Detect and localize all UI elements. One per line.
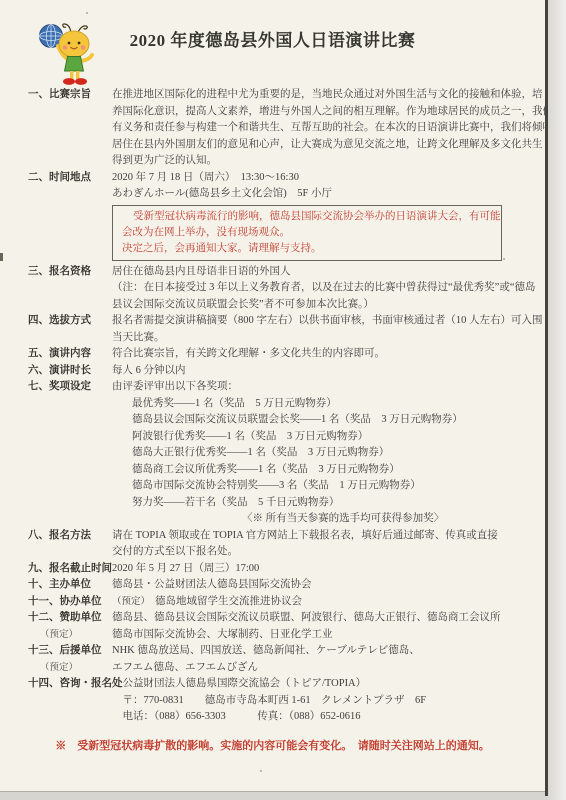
- award-item: 德岛商工会议所优秀奖——1 名（奖品 3 万日元购物券）: [132, 462, 540, 479]
- section-label: 九、报名截止时间: [28, 561, 112, 578]
- section-label: 二、时间地点: [28, 170, 112, 187]
- section-supporters: 十三、后援单位 （预定） NHK 德岛放送局、四国放送、德岛新闻社、ケーブルテレ…: [28, 643, 540, 676]
- contact-address: 〒：770-0831 德岛市寺岛本町西 1-61 クレメントプラザ 6F: [123, 693, 541, 710]
- text-line: 德岛市国际交流协会、大塚制药、日亚化学工业: [112, 627, 540, 644]
- award-item: 德岛市国际交流协会特别奖——3 名（奖品 1 万日元购物券）: [132, 478, 540, 495]
- section-contact: 十四、咨询・报名处 公益財団法人德島県国際交流協会（トピア/TOPIA） 〒：7…: [28, 676, 540, 726]
- section-eligibility: 三、报名资格 居住在德岛县内且母语非日语的外国人 （注：在日本接受过 3 年以上…: [28, 264, 540, 314]
- text-line: エフエム德岛、エフエムびざん: [112, 660, 540, 677]
- section-datetime: 二、时间地点 2020 年 7 月 18 日（周六） 13:30～16:30 あ…: [28, 170, 540, 264]
- text-line: 得到更为广泛的认知。: [112, 153, 540, 170]
- scan-right-gutter: [548, 0, 566, 800]
- award-item: 德岛大正银行优秀奖——1 名（奖品 3 万日元购物券）: [132, 445, 540, 462]
- scan-bottom-edge: [0, 791, 566, 800]
- section-cohost: 十一、协办单位 （预定）德岛地域留学生交流推进协议会: [28, 594, 540, 611]
- section-duration: 六、演讲时长 每人 6 分钟以内: [28, 363, 540, 380]
- section-label: 四、选拔方式: [28, 313, 112, 330]
- participation-prize-note: 〈※ 所有当天参赛的选手均可获得参加奖〉: [242, 511, 540, 528]
- text-line: 有义务和责任参与构建一个和谐共生、互帮互助的社会。在本次的日语演讲比赛中，我们将…: [112, 120, 540, 137]
- text-line: 居住在县内外国朋友们的意见和心声，让大赛成为意见交流之地，让跨文化理解及多文化共…: [112, 137, 540, 154]
- text-line: 德岛县、德岛县议会国际交流议员联盟、阿波银行、德岛大正银行、德岛商工会议所: [112, 610, 540, 627]
- section-label: 十一、协办单位: [28, 594, 112, 611]
- award-item: 德岛县议会国际交流议员联盟会长奖——1 名（奖品 3 万日元购物券）: [132, 412, 540, 429]
- section-speech-content: 五、演讲内容 符合比赛宗旨，有关跨文化理解・多文化共生的内容即可。: [28, 346, 540, 363]
- event-venue: あわぎんホール(德岛县乡土文化会馆) 5F 小厅: [112, 186, 540, 203]
- section-deadline: 九、报名截止时间 2020 年 5 月 27 日（周三）17:00: [28, 561, 540, 578]
- text-line: 养国际化意识，提高人文素养，增进与外国人之间的相互理解。作为地球居民的成员之一，…: [112, 104, 540, 121]
- awards-list: 最优秀奖——1 名（奖品 5 万日元购物券） 德岛县议会国际交流议员联盟会长奖—…: [132, 396, 540, 512]
- notice-line: 决定之后，会再通知大家。请理解与支持。: [122, 241, 492, 257]
- notice-line: 会改为在网上举办，没有现场观众。: [122, 225, 492, 241]
- covid-notice-box: 受新型冠状病毒流行的影响，德岛县国际交流协会举办的日语演讲大会，有可能 会改为在…: [112, 205, 502, 261]
- cohost-name: 德岛地域留学生交流推进协议会: [155, 596, 302, 607]
- notice-line: 受新型冠状病毒流行的影响，德岛县国际交流协会举办的日语演讲大会，有可能: [122, 209, 492, 225]
- text-line: 县议会国际交流议员联盟会长奖”者不可参加本次比赛。）: [112, 297, 540, 314]
- text-line: 符合比赛宗旨，有关跨文化理解・多文化共生的内容即可。: [112, 346, 540, 363]
- section-label: 一、比赛宗旨: [28, 87, 112, 104]
- text-line: （注：在日本接受过 3 年以上义务教育者，以及在过去的比赛中曾获得过“最优秀奖”…: [112, 280, 540, 297]
- section-label: 十三、后援单位: [28, 643, 112, 660]
- section-selection: 四、选拔方式 报名者需提交演讲稿摘要（800 字左右）以供书面审核，书面审核通过…: [28, 313, 540, 346]
- section-label: 八、报名方法: [28, 528, 112, 545]
- deadline-datetime: 2020 年 5 月 27 日（周三）17:00: [112, 561, 540, 578]
- text-line: 德岛县・公益财团法人德岛县国际交流协会: [112, 577, 540, 594]
- tentative-tag: （预定）: [112, 597, 150, 607]
- footer-covid-note: ※ 受新型冠状病毒扩散的影响。实施的内容可能会有变化。 请随时关注网站上的通知。: [0, 737, 545, 753]
- section-sponsors: 十二、赞助单位 （预定） 德岛县、德岛县议会国际交流议员联盟、阿波银行、德岛大正…: [28, 610, 540, 643]
- section-label: 十、主办单位: [28, 577, 112, 594]
- section-label: 五、演讲内容: [28, 346, 112, 363]
- text-line: （预定）德岛地域留学生交流推进协议会: [112, 594, 540, 611]
- event-datetime: 2020 年 7 月 18 日（周六） 13:30～16:30: [112, 170, 540, 187]
- contact-organization: 公益財団法人德島県国際交流協会（トピア/TOPIA）: [123, 676, 541, 693]
- text-line: NHK 德岛放送局、四国放送、德岛新闻社、ケーブルテレビ德岛、: [112, 643, 540, 660]
- text-line: 请在 TOPIA 领取或在 TOPIA 官方网站上下载报名表，填好后通过邮寄、传…: [112, 528, 540, 545]
- award-item: 最优秀奖——1 名（奖品 5 万日元购物券）: [132, 396, 540, 413]
- section-awards: 七、奖项设定 由评委评审出以下各奖项： 最优秀奖——1 名（奖品 5 万日元购物…: [28, 379, 540, 528]
- awards-intro: 由评委评审出以下各奖项：: [112, 379, 540, 396]
- section-label: 六、演讲时长: [28, 363, 112, 380]
- tentative-tag: （预定）: [28, 660, 112, 677]
- page-title: 2020 年度德岛县外国人日语演讲比赛: [0, 26, 545, 51]
- scan-speck: [86, 12, 88, 14]
- text-line: 交付的方式至以下报名处。: [112, 544, 540, 561]
- text-line: 在推进地区国际化的进程中尤为重要的是，当地民众通过对外国生活与文化的接触和体验，…: [112, 87, 540, 104]
- section-label: 十四、咨询・报名处: [28, 676, 123, 693]
- contact-phone-fax: 电话：（088）656-3303 传真：（088）652-0616: [123, 709, 541, 726]
- section-label: 七、奖项设定: [28, 379, 112, 396]
- scan-speck: [260, 770, 262, 772]
- section-purpose: 一、比赛宗旨 在推进地区国际化的进程中尤为重要的是，当地民众通过对外国生活与文化…: [28, 87, 540, 170]
- section-label: 三、报名资格: [28, 264, 112, 281]
- scan-edge-mark: [0, 253, 3, 261]
- text-line: 每人 6 分钟以内: [112, 363, 540, 380]
- text-line: 当天比赛。: [112, 330, 540, 347]
- section-organizer: 十、主办单位 德岛县・公益财团法人德岛县国际交流协会: [28, 577, 540, 594]
- section-application: 八、报名方法 请在 TOPIA 领取或在 TOPIA 官方网站上下载报名表，填好…: [28, 528, 540, 561]
- scan-speck: [503, 258, 505, 260]
- section-label: 十二、赞助单位: [28, 610, 112, 627]
- tentative-tag: （预定）: [28, 627, 112, 644]
- award-item: 阿波银行优秀奖——1 名（奖品 3 万日元购物券）: [132, 429, 540, 446]
- document-body: 一、比赛宗旨 在推进地区国际化的进程中尤为重要的是，当地民众通过对外国生活与文化…: [28, 87, 540, 726]
- award-item: 努力奖——若干名（奖品 5 千日元购物券）: [132, 495, 540, 512]
- scanned-document-page: 2020 年度德岛县外国人日语演讲比赛 一、比赛宗旨 在推进地区国际化的进程中尤…: [0, 0, 566, 800]
- text-line: 居住在德岛县内且母语非日语的外国人: [112, 264, 540, 281]
- text-line: 报名者需提交演讲稿摘要（800 字左右）以供书面审核，书面审核通过者（10 人左…: [112, 313, 540, 330]
